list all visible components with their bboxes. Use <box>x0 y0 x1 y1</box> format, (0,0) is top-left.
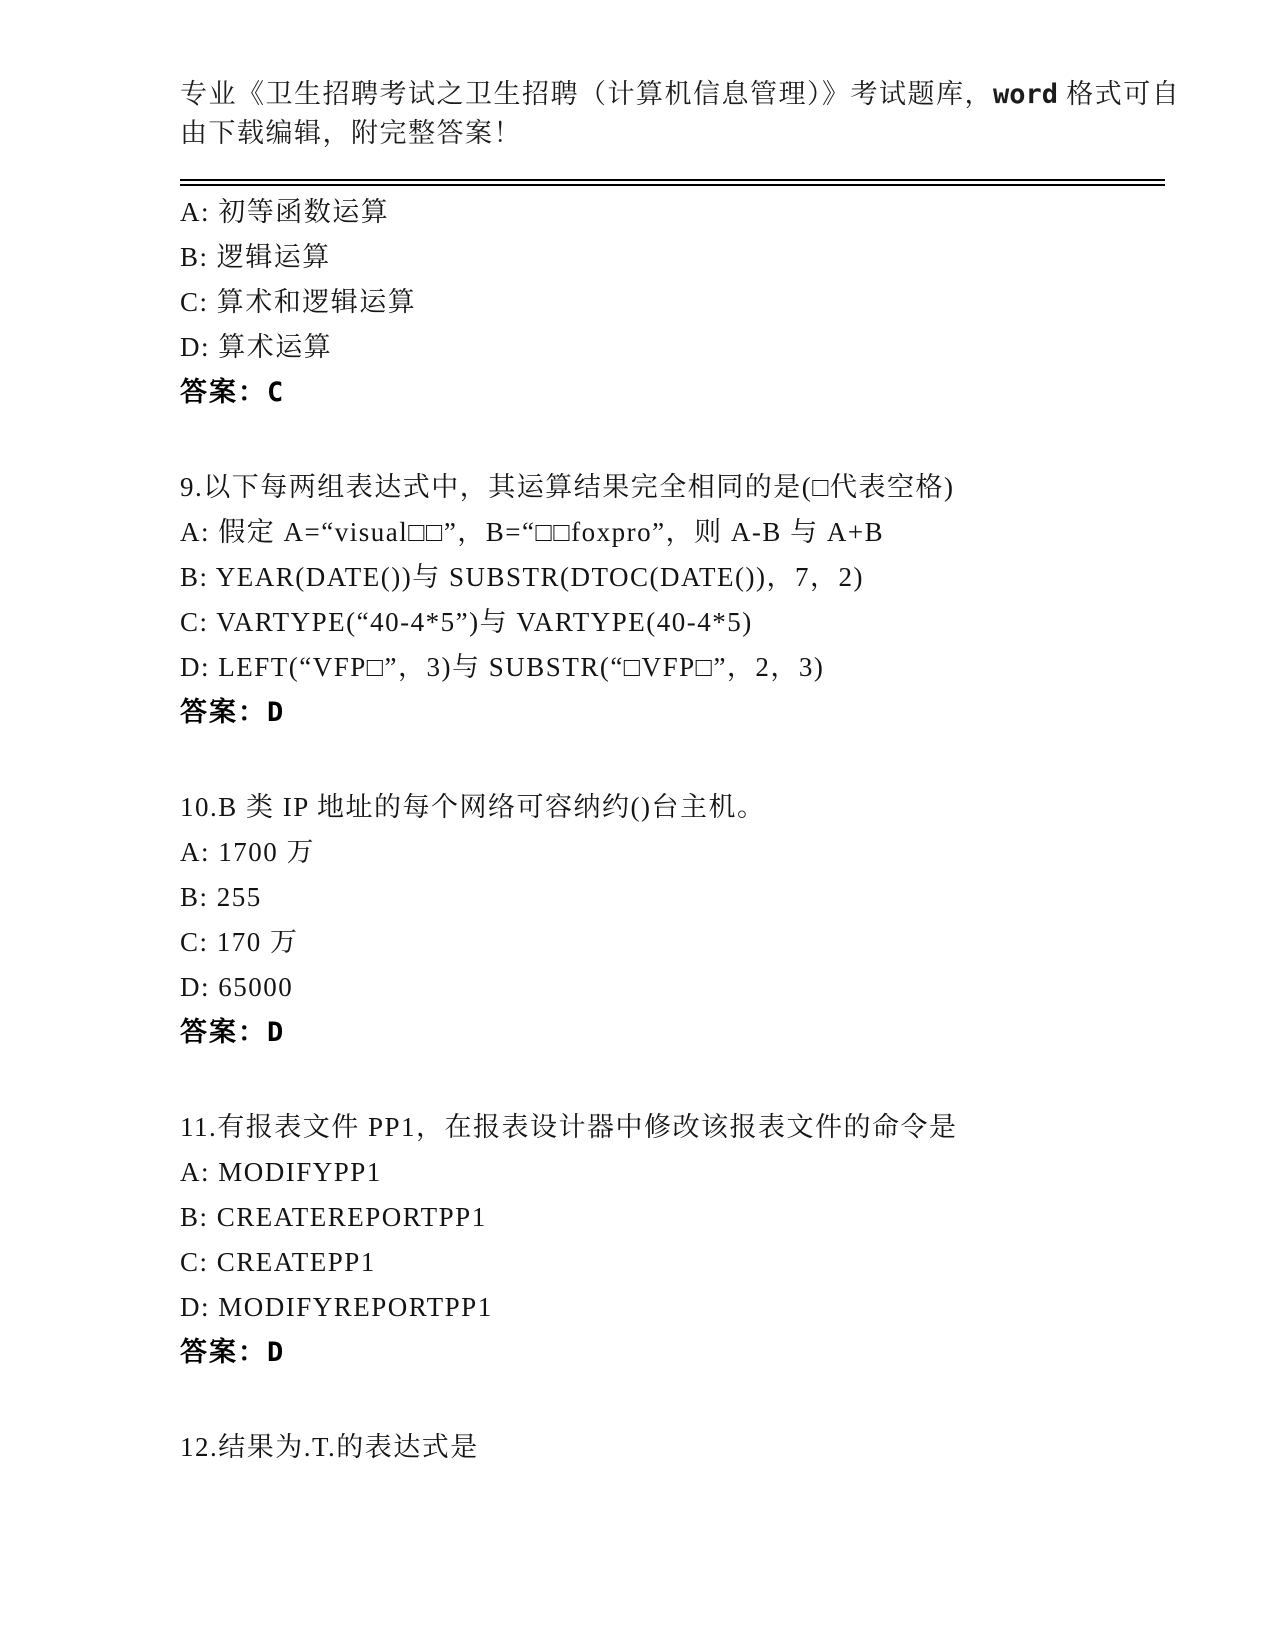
header-keyword-word: word <box>993 79 1058 110</box>
answer-label: 答案： <box>180 377 267 407</box>
option-d: D: 65000 <box>180 965 1165 1010</box>
answer-line: 答案：D <box>180 690 1165 735</box>
question-block-9: 9.以下每两组表达式中，其运算结果完全相同的是(□代表空格) A: 假定 A=“… <box>180 465 1165 735</box>
document-header: 专业《卫生招聘考试之卫生招聘（计算机信息管理）》考试题库，word 格式可自 由… <box>180 75 1165 153</box>
option-c: C: CREATEPP1 <box>180 1240 1165 1285</box>
option-d: D: 算术运算 <box>180 325 1165 370</box>
option-a: A: 1700 万 <box>180 830 1165 875</box>
option-b: B: 逻辑运算 <box>180 235 1165 280</box>
option-a: A: MODIFYPP1 <box>180 1150 1165 1195</box>
option-b: B: CREATEREPORTPP1 <box>180 1195 1165 1240</box>
answer-value: D <box>267 697 285 728</box>
question-stem: 9.以下每两组表达式中，其运算结果完全相同的是(□代表空格) <box>180 465 1165 510</box>
question-block-12: 12.结果为.T.的表达式是 <box>180 1425 1165 1470</box>
answer-value: D <box>267 1337 285 1368</box>
question-stem: 11.有报表文件 PP1，在报表设计器中修改该报表文件的命令是 <box>180 1105 1165 1150</box>
answer-label: 答案： <box>180 1337 267 1367</box>
header-line-1: 专业《卫生招聘考试之卫生招聘（计算机信息管理）》考试题库，word 格式可自 <box>180 75 1165 114</box>
option-b: B: YEAR(DATE())与 SUBSTR(DTOC(DATE())，7，2… <box>180 555 1165 600</box>
option-d: D: MODIFYREPORTPP1 <box>180 1285 1165 1330</box>
option-a: A: 假定 A=“visual□□”，B=“□□foxpro”，则 A-B 与 … <box>180 510 1165 555</box>
answer-label: 答案： <box>180 1017 267 1047</box>
option-d: D: LEFT(“VFP□”，3)与 SUBSTR(“□VFP□”，2，3) <box>180 645 1165 690</box>
header-text-post: 格式可自 <box>1058 79 1180 109</box>
answer-value: D <box>267 1017 285 1048</box>
question-stem: 12.结果为.T.的表达式是 <box>180 1425 1165 1470</box>
option-b: B: 255 <box>180 875 1165 920</box>
answer-line: 答案：C <box>180 370 1165 415</box>
option-a: A: 初等函数运算 <box>180 190 1165 235</box>
header-divider <box>180 179 1165 186</box>
answer-line: 答案：D <box>180 1010 1165 1055</box>
question-block-11: 11.有报表文件 PP1，在报表设计器中修改该报表文件的命令是 A: MODIF… <box>180 1105 1165 1375</box>
document-page: 专业《卫生招聘考试之卫生招聘（计算机信息管理）》考试题库，word 格式可自 由… <box>0 0 1275 1650</box>
option-c: C: VARTYPE(“40-4*5”)与 VARTYPE(40-4*5) <box>180 600 1165 645</box>
header-text-pre: 专业《卫生招聘考试之卫生招聘（计算机信息管理）》考试题库， <box>180 79 993 109</box>
question-block-8: A: 初等函数运算 B: 逻辑运算 C: 算术和逻辑运算 D: 算术运算 答案：… <box>180 190 1165 415</box>
question-stem: 10.B 类 IP 地址的每个网络可容纳约()台主机。 <box>180 785 1165 830</box>
option-c: C: 170 万 <box>180 920 1165 965</box>
option-c: C: 算术和逻辑运算 <box>180 280 1165 325</box>
answer-value: C <box>267 377 285 408</box>
question-block-10: 10.B 类 IP 地址的每个网络可容纳约()台主机。 A: 1700 万 B:… <box>180 785 1165 1055</box>
question-list: A: 初等函数运算 B: 逻辑运算 C: 算术和逻辑运算 D: 算术运算 答案：… <box>180 190 1165 1470</box>
answer-label: 答案： <box>180 697 267 727</box>
answer-line: 答案：D <box>180 1330 1165 1375</box>
header-line-2: 由下载编辑，附完整答案！ <box>180 114 1165 153</box>
